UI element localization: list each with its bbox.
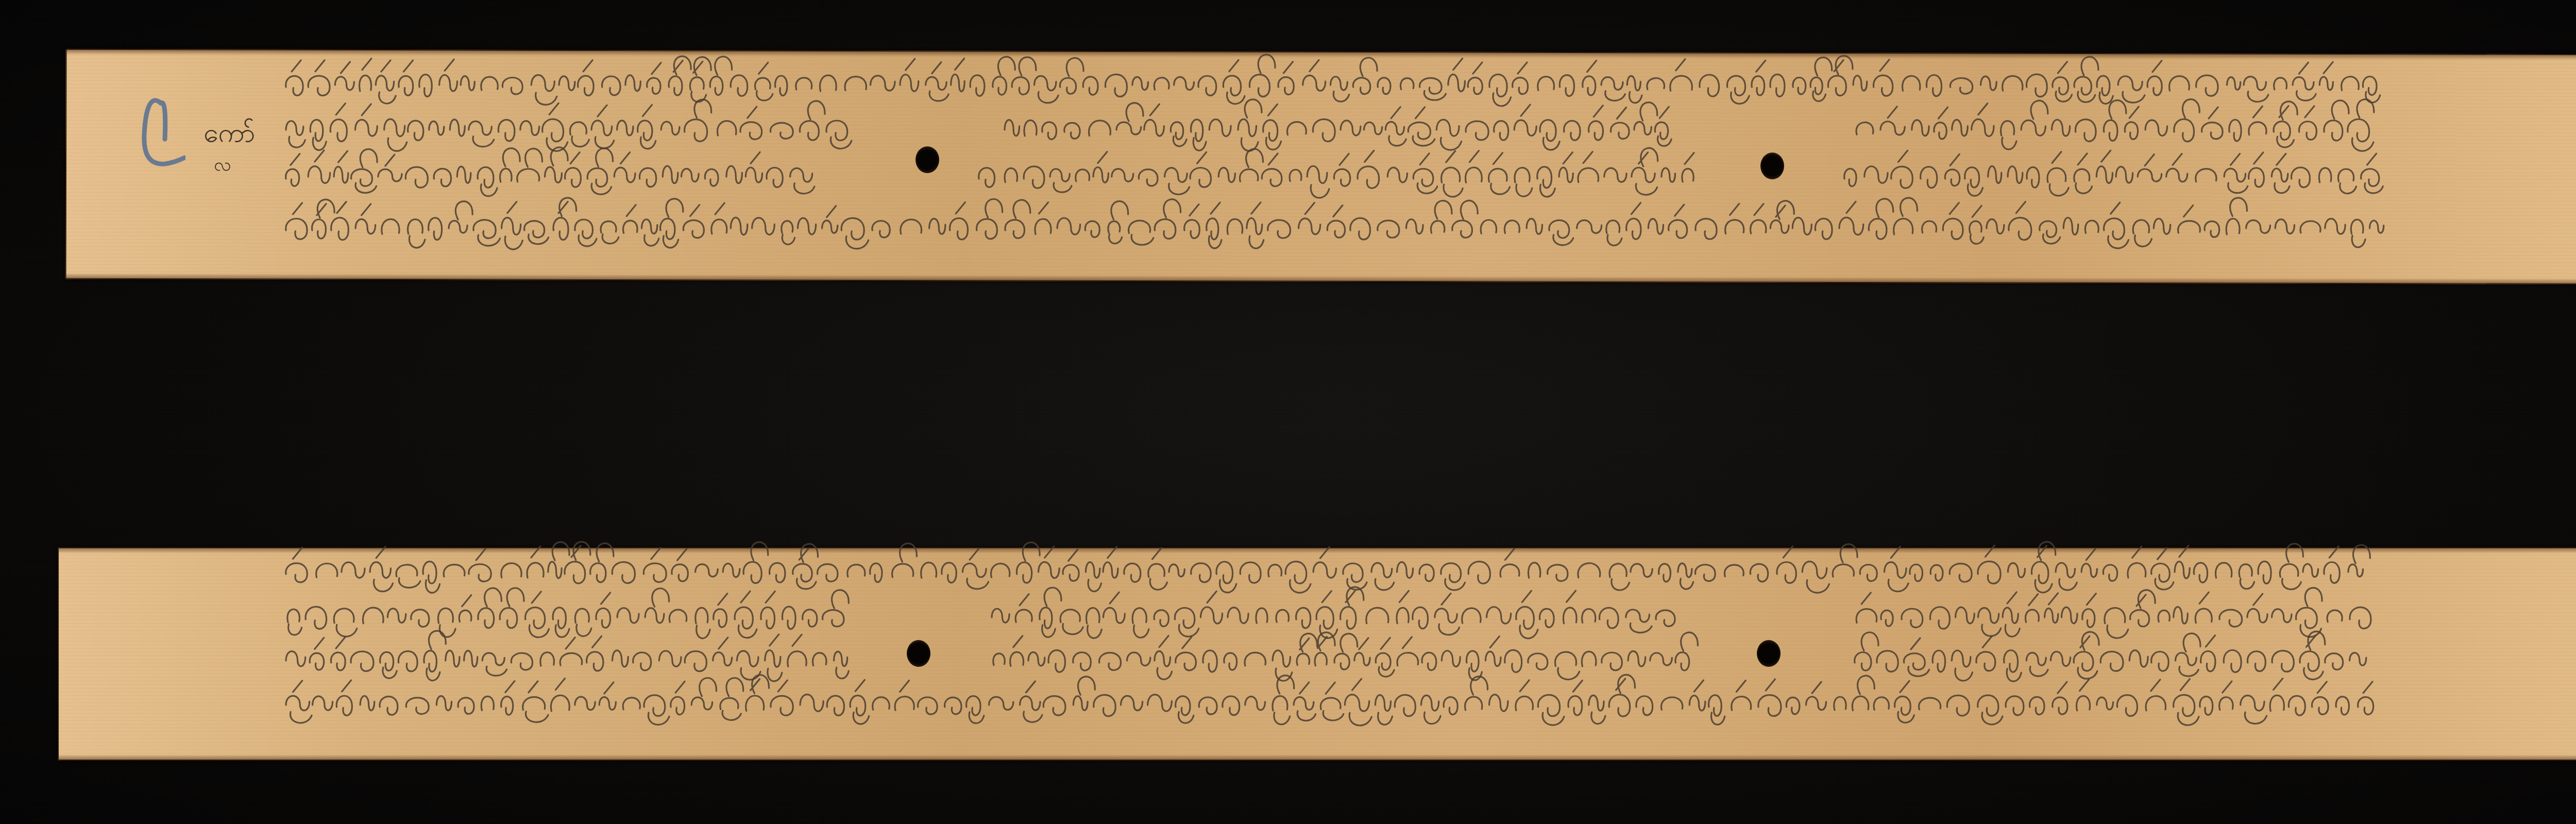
string-hole [907, 640, 930, 667]
manuscript-line: Tai Tham script line 4 (full width, hand… [286, 675, 2374, 725]
manuscript-line: Tai Tham script line 1 (full width, hand… [286, 55, 2380, 106]
manuscript-line: Tai Tham script line 2 (split around str… [287, 587, 2371, 638]
string-hole [1760, 153, 1784, 179]
manuscript-line: Tai Tham script line 2 (split around str… [286, 99, 2374, 151]
manuscript-line: Tai Tham script line 1 (full width, hand… [286, 542, 2370, 593]
string-hole [1757, 640, 1781, 667]
manuscript-text-layer: Tai Tham script line 1 (full width, hand… [0, 0, 2576, 824]
manuscript-line: Tai Tham script line 4 (full width, hand… [286, 198, 2384, 249]
string-hole [916, 146, 939, 173]
manuscript-line: Tai Tham script line 3 (split around str… [286, 631, 2366, 681]
manuscript-line: Tai Tham script line 3 (split around str… [286, 147, 2383, 198]
